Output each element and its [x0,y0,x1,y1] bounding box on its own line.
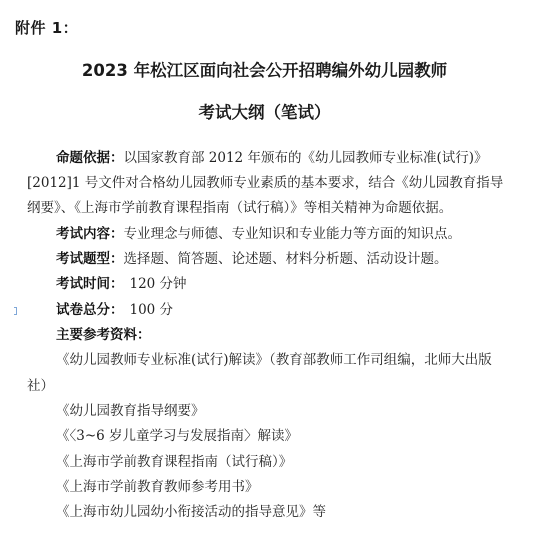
basis-paragraph-line-3: 纲要》、《上海市学前教育课程指南（试行稿）》等相关精神为命题依据。 [27,196,452,216]
reference-item-1-line-2: 社） [27,374,54,394]
duration-value: 120 分钟 [130,276,187,292]
basis-label: 命题依据： [56,150,124,166]
reference-item-1-line-1: 《幼儿园教师专业标准(试行)解读》（教育部教师工作司组编，北师大出版 [56,348,492,368]
basis-paragraph-line-1: 命题依据：以国家教育部 2012 年颁布的《幼儿园教师专业标准(试行)》 [56,146,487,166]
attachment-label: 附件 1： [15,17,78,38]
document-title: 2023 年松江区面向社会公开招聘编外幼儿园教师 [0,57,533,81]
exam-content-line: 考试内容：专业理念与师德、专业知识和专业能力等方面的知识点。 [56,222,461,242]
reference-item-5: 《上海市学前教育教师参考用书》 [56,475,259,495]
total-score-line: 试卷总分：100 分 [56,298,173,318]
exam-content-value: 专业理念与师德、专业知识和专业能力等方面的知识点。 [124,226,462,242]
duration-label: 考试时间： [56,276,124,292]
basis-paragraph-line-2: [2012]1 号文件对合格幼儿园教师专业素质的基本要求，结合《幼儿园教育指导 [27,171,503,191]
exam-content-label: 考试内容： [56,226,124,242]
reference-item-6: 《上海市幼儿园幼小衔接活动的指导意见》等 [56,500,326,520]
reference-item-3: 《〈3~6 岁儿童学习与发展指南〉解读》 [56,424,298,444]
total-score-value: 100 分 [130,302,174,318]
margin-bracket-mark [14,307,17,315]
duration-line: 考试时间：120 分钟 [56,272,187,292]
reference-item-4: 《上海市学前教育课程指南（试行稿）》 [56,450,292,470]
question-types-line: 考试题型：选择题、简答题、论述题、材料分析题、活动设计题。 [56,247,448,267]
total-score-label: 试卷总分： [56,302,124,318]
reference-item-2: 《幼儿园教育指导纲要》 [56,399,205,419]
question-types-label: 考试题型： [56,251,124,267]
document-subtitle: 考试大纲（笔试） [0,99,533,123]
basis-text-1: 以国家教育部 2012 年颁布的《幼儿园教师专业标准(试行)》 [124,150,488,166]
question-types-value: 选择题、简答题、论述题、材料分析题、活动设计题。 [124,251,448,267]
references-label: 主要参考资料： [56,323,151,343]
